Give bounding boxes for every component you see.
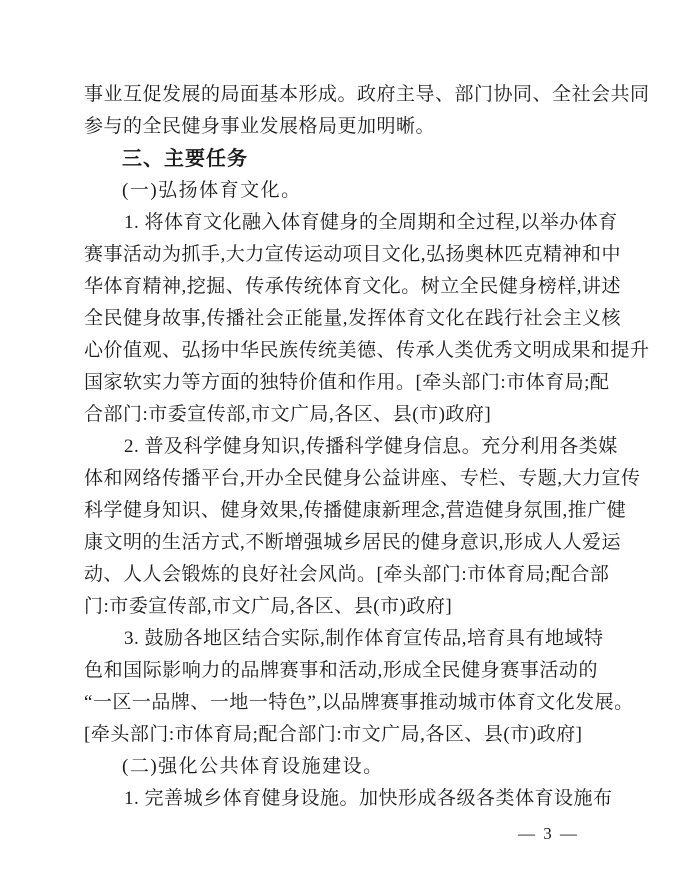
text-line: 1. 完善城乡体育健身设施。加快形成各级各类体育设施布 [84,783,598,815]
text-line: [牵头部门:市体育局;配合部门:市文广局,各区、县(市)政府] [84,719,598,751]
text-line: “一区一品牌、一地一特色”,以品牌赛事推动城市体育文化发展。 [84,687,598,719]
text-line: 2. 普及科学健身知识,传播科学健身信息。充分利用各类媒 [84,431,598,463]
paragraph: 3. 鼓励各地区结合实际,制作体育宣传品,培育具有地域特色和国际影响力的品牌赛事… [84,623,598,751]
document-content: 事业互促发展的局面基本形成。政府主导、部门协同、全社会共同参与的全民健身事业发展… [84,79,598,815]
paragraph: 2. 普及科学健身知识,传播科学健身信息。充分利用各类媒体和网络传播平台,开办全… [84,431,598,623]
text-line: 康文明的生活方式,不断增强城乡居民的健身意识,形成人人爱运 [84,527,598,559]
text-line: 1. 将体育文化融入体育健身的全周期和全过程,以举办体育 [84,207,598,239]
text-line: 全民健身故事,传播社会正能量,发挥体育文化在践行社会主义核 [84,303,598,335]
section-heading: 三、主要任务 [84,143,598,175]
text-line: 动、人人会锻炼的良好社会风尚。[牵头部门:市体育局;配合部 [84,559,598,591]
heading-text: 三、主要任务 [84,143,598,175]
text-line: 体和网络传播平台,开办全民健身公益讲座、专栏、专题,大力宣传 [84,463,598,495]
text-line: 事业互促发展的局面基本形成。政府主导、部门协同、全社会共同 [84,79,598,111]
text-line: 3. 鼓励各地区结合实际,制作体育宣传品,培育具有地域特 [84,623,598,655]
paragraph: 1. 将体育文化融入体育健身的全周期和全过程,以举办体育赛事活动为抓手,大力宣传… [84,207,598,431]
text-line: 色和国际影响力的品牌赛事和活动,形成全民健身赛事活动的 [84,655,598,687]
text-line: 参与的全民健身事业发展格局更加明晰。 [84,111,598,143]
paragraph: 1. 完善城乡体育健身设施。加快形成各级各类体育设施布 [84,783,598,815]
text-line: 科学健身知识、健身效果,传播健康新理念,营造健身氛围,推广健 [84,495,598,527]
heading-text: (二)强化公共体育设施建设。 [84,751,598,783]
text-line: 门:市委宣传部,市文广局,各区、县(市)政府] [84,591,598,623]
text-line: 合部门:市委宣传部,市文广局,各区、县(市)政府] [84,399,598,431]
subsection-heading: (一)弘扬体育文化。 [84,175,598,207]
document-page: 事业互促发展的局面基本形成。政府主导、部门协同、全社会共同参与的全民健身事业发展… [0,0,679,870]
page-number: — 3 — [518,822,579,846]
heading-text: (一)弘扬体育文化。 [84,175,598,207]
text-line: 华体育精神,挖掘、传承传统体育文化。树立全民健身榜样,讲述 [84,271,598,303]
paragraph: 事业互促发展的局面基本形成。政府主导、部门协同、全社会共同参与的全民健身事业发展… [84,79,598,143]
text-line: 赛事活动为抓手,大力宣传运动项目文化,弘扬奥林匹克精神和中 [84,239,598,271]
text-line: 国家软实力等方面的独特价值和作用。[牵头部门:市体育局;配 [84,367,598,399]
subsection-heading: (二)强化公共体育设施建设。 [84,751,598,783]
text-line: 心价值观、弘扬中华民族传统美德、传承人类优秀文明成果和提升 [84,335,598,367]
